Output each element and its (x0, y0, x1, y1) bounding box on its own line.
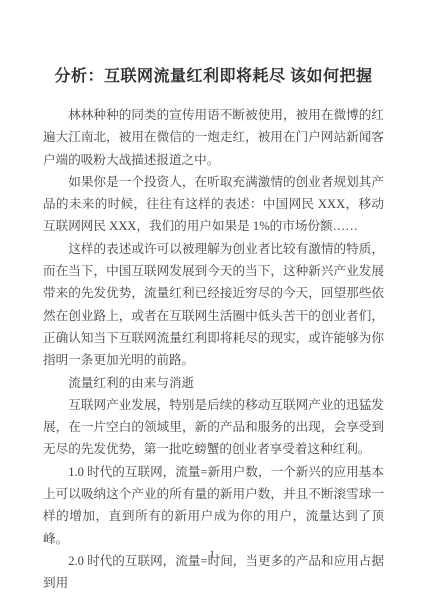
body-paragraph: 这样的表述或许可以被理解为创业者比较有激情的特质，而在当下，中国互联网发展到今天… (43, 238, 384, 372)
document-page: 分析：互联网流量红利即将耗尽 该如何把握 林林种种的同类的宣传用语不断被使用，被… (0, 0, 424, 600)
body-paragraph: 林林种种的同类的宣传用语不断被使用，被用在微博的红遍大江南北，被用在微信的一炮走… (43, 104, 384, 171)
document-title: 分析：互联网流量红利即将耗尽 该如何把握 (0, 0, 424, 89)
body-paragraph: 如果你是一个投资人，在听取充满激情的创业者规划其产品的未来的时候，往往有这样的表… (43, 171, 384, 238)
page-number: 1 (0, 547, 424, 562)
body-paragraph: 1.0 时代的互联网，流量=新用户数，一个新兴的应用基本上可以吸纳这个产业的所有… (43, 461, 384, 550)
article-body: 林林种种的同类的宣传用语不断被使用，被用在微博的红遍大江南北，被用在微信的一炮走… (43, 104, 384, 595)
body-paragraph: 互联网产业发展，特别是后续的移动互联网产业的迅猛发展，在一片空白的领域里，新的产… (43, 394, 384, 461)
section-heading: 流量红利的由来与消逝 (43, 372, 384, 394)
